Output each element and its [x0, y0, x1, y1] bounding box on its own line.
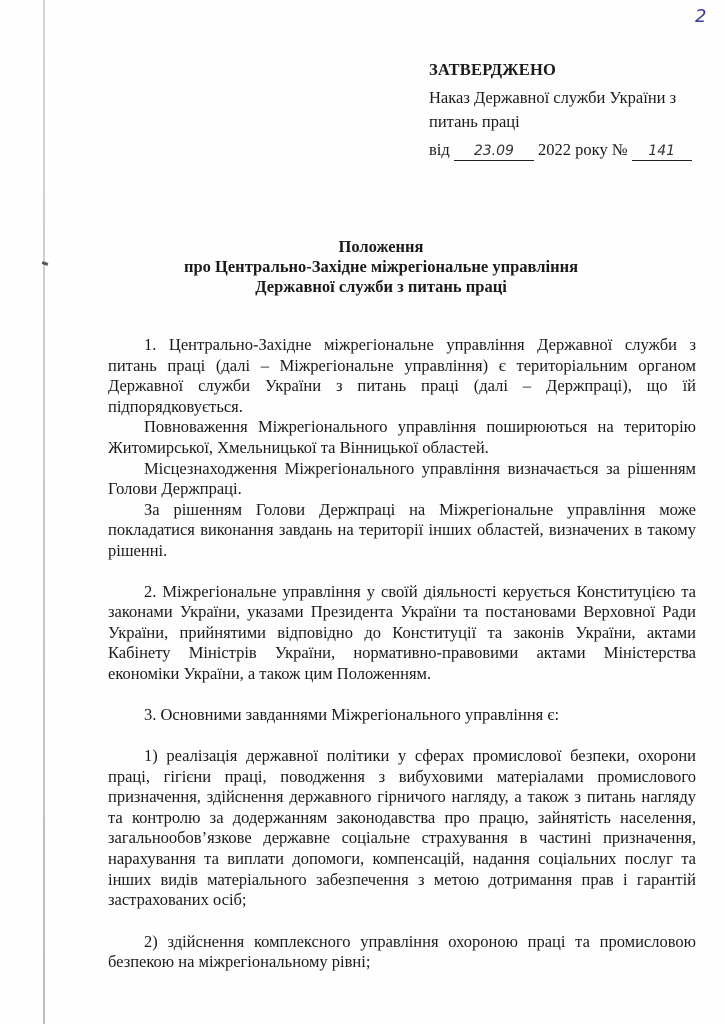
paragraph-1: 1. Центрально-Західне міжрегіональне упр… — [108, 335, 696, 417]
title-line-3: Державної служби з питань праці — [0, 277, 724, 297]
paragraph-1-decision: За рішенням Голови Держпраці на Міжрегіо… — [108, 500, 696, 562]
handwritten-order-number: 141 — [632, 142, 692, 161]
paragraph-3-item-2: 2) здійснення комплексного управління ох… — [108, 932, 696, 973]
paragraph-1-territory: Повноваження Міжрегіонального управління… — [108, 417, 696, 458]
approval-block: ЗАТВЕРДЖЕНО Наказ Державної служби Украї… — [429, 58, 692, 162]
approval-order-line1: Наказ Державної служби України з — [429, 86, 692, 110]
document-title: Положення про Центрально-Західне міжрегі… — [0, 237, 724, 297]
handwritten-date: 23.09 — [454, 142, 534, 161]
approval-stamp: ЗАТВЕРДЖЕНО — [429, 58, 692, 82]
paragraph-1-location: Місцезнаходження Міжрегіонального управл… — [108, 459, 696, 500]
document-page: 2 ЗАТВЕРДЖЕНО Наказ Державної служби Укр… — [0, 0, 724, 1024]
date-prefix: від — [429, 140, 450, 159]
title-line-2: про Центрально-Західне міжрегіональне уп… — [0, 257, 724, 277]
handwritten-page-number: 2 — [695, 6, 706, 27]
paragraph-3: 3. Основними завданнями Міжрегіонального… — [108, 705, 696, 726]
approval-order-line2: питань праці — [429, 110, 692, 134]
binding-edge — [43, 0, 45, 1024]
title-line-1: Положення — [0, 237, 724, 257]
paragraph-3-item-1: 1) реалізація державної політики у сфера… — [108, 746, 696, 911]
document-body: 1. Центрально-Західне міжрегіональне упр… — [108, 335, 696, 973]
paragraph-2: 2. Міжрегіональне управління у своїй дія… — [108, 582, 696, 685]
year-text: 2022 року № — [538, 140, 628, 159]
approval-date-line: від 23.09 2022 року № 141 — [429, 138, 692, 162]
